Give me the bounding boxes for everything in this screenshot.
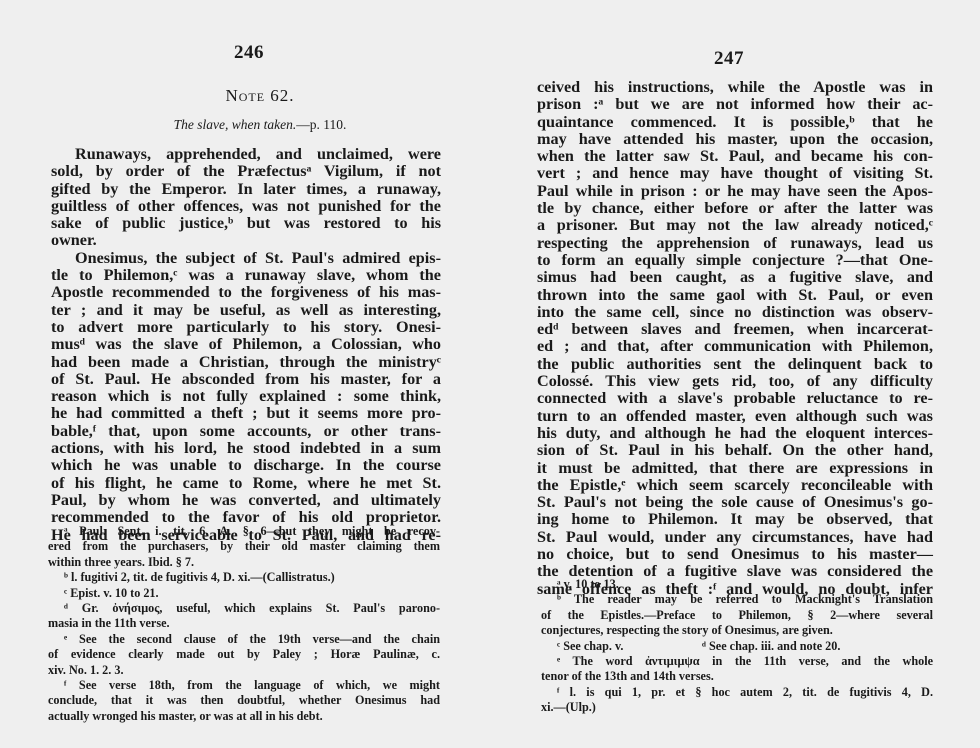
page-number: 246: [234, 42, 264, 64]
text-line: he had committed a theft ; but it seems …: [51, 405, 441, 422]
text-line: quaintance commenced. It is possible,ᵇ t…: [537, 114, 933, 131]
text-line: actions, with his lord, he stood indebte…: [51, 440, 441, 457]
text-line: tle to Philemon,ᶜ was a runaway slave, w…: [51, 267, 441, 284]
footnote-line: ᵃ v. 10 to 13.: [541, 577, 933, 592]
text-line: musᵈ was the slave of Philemon, a Coloss…: [51, 336, 441, 353]
text-line: Paul while in prison : or he may have se…: [537, 183, 933, 200]
footnote-d: ᵈ See chap. iii. and note 20.: [702, 639, 840, 654]
footnote-line: conclude, that it was then doubtful, whe…: [48, 693, 440, 708]
text-line: to advert more particularly to his story…: [51, 319, 441, 336]
text-line: guiltless of other offences, was not pun…: [51, 198, 441, 215]
text-line: respecting the apprehension of runaways,…: [537, 235, 933, 252]
body-text: Runaways, apprehended, and unclaimed, we…: [51, 146, 441, 544]
note-title: Note 62.: [0, 86, 490, 106]
footnote-line: tenor of the 13th and 14th verses.: [541, 669, 933, 684]
text-line: St. Paul would, under any circumstances,…: [537, 529, 933, 546]
footnote-line: within three years. Ibid. § 7.: [48, 555, 440, 570]
text-line: Paul, by whom he was converted, and ulti…: [51, 492, 441, 509]
footnote-line: ᵇ The reader may be referred to Macknigh…: [541, 592, 933, 607]
text-line: Colossé. This view gets rid, too, of any…: [537, 373, 933, 390]
footnotes: ᵃ v. 10 to 13. ᵇ The reader may be refer…: [541, 577, 933, 716]
text-line: bable,ᶠ that, upon some accounts, or oth…: [51, 423, 441, 440]
note-ref-page: —p. 110.: [296, 117, 346, 132]
footnotes: ᵃ Paul. Sent. i. tit. 6, A. § 6—but they…: [48, 524, 440, 724]
footnote-line: xiv. No. 1. 2. 3.: [48, 663, 440, 678]
text-line: reason which is not fully explained : so…: [51, 388, 441, 405]
footnote-line: ᵉ The word ἀντιμιμψα in the 11th verse, …: [541, 654, 933, 669]
footnote-line-pair: ᶜ See chap. v. ᵈ See chap. iii. and note…: [541, 639, 933, 654]
footnote-line: of evidence clearly made out by Paley ; …: [48, 647, 440, 662]
footnote-line: ᶠ l. is qui 1, pr. et § hoc autem 2, tit…: [541, 685, 933, 700]
footnote-line: actually wronged his master, or was at a…: [48, 709, 440, 724]
text-line: simus had been caught, as a fugitive sla…: [537, 269, 933, 286]
text-line: prison :ᵃ but we are not informed how th…: [537, 96, 933, 113]
footnote-line: ered from the purchasers, by their old m…: [48, 539, 440, 554]
text-line: a prisoner. But may not the law already …: [537, 217, 933, 234]
right-page: 247 ceived his instructions, while the A…: [490, 0, 980, 748]
text-line: ceived his instructions, while the Apost…: [537, 79, 933, 96]
footnote-line: xi.—(Ulp.): [541, 700, 933, 715]
text-line: ed ; and that, after communication with …: [537, 338, 933, 355]
text-line: turn to an offended master, even althoug…: [537, 408, 933, 425]
body-text: ceived his instructions, while the Apost…: [537, 79, 933, 598]
text-line: no choice, but to send Onesimus to his m…: [537, 546, 933, 563]
footnote-line: of the Epistles.—Preface to Philemon, § …: [541, 608, 933, 623]
text-line: ing home to Philemon. It may be observed…: [537, 511, 933, 528]
text-line: gifted by the Emperor. In later times, a…: [51, 181, 441, 198]
text-line: Onesimus, the subject of St. Paul's admi…: [51, 250, 441, 267]
footnote-line: ᵃ Paul. Sent. i. tit. 6, A. § 6—but they…: [48, 524, 440, 539]
text-line: Apostle recommended to the forgiveness o…: [51, 284, 441, 301]
footnote-line: ᵉ See the second clause of the 19th vers…: [48, 632, 440, 647]
text-line: his duty, and although he had the eloque…: [537, 425, 933, 442]
text-line: when the latter saw St. Paul, and became…: [537, 148, 933, 165]
text-line: sake of public justice,ᵇ but was restore…: [51, 215, 441, 232]
text-line: into the same cell, since no distinction…: [537, 304, 933, 321]
text-line: ter ; and it may be useful, as well as i…: [51, 302, 441, 319]
footnote-line: conjectures, respecting the story of One…: [541, 623, 933, 638]
text-line: Runaways, apprehended, and unclaimed, we…: [51, 146, 441, 163]
footnote-c: ᶜ See chap. v.: [557, 639, 702, 654]
text-line: connected with a slave's probable reluct…: [537, 390, 933, 407]
note-ref-text: The slave, when taken.: [174, 117, 297, 132]
footnote-line: ᶜ Epist. v. 10 to 21.: [48, 586, 440, 601]
text-line: edᵈ between slaves and freemen, when inc…: [537, 321, 933, 338]
text-line: it must be admitted, that there are expr…: [537, 460, 933, 477]
text-line: thrown into the same gaol with St. Paul,…: [537, 287, 933, 304]
left-page: 246 Note 62. The slave, when taken.—p. 1…: [0, 0, 490, 748]
footnote-line: ᵇ l. fugitivi 2, tit. de fugitivis 4, D.…: [48, 570, 440, 585]
text-line: St. Paul's not being the sole cause of O…: [537, 494, 933, 511]
note-reference: The slave, when taken.—p. 110.: [0, 117, 490, 133]
text-line: the Epistle,ᵉ which seem scarcely reconc…: [537, 477, 933, 494]
text-line: may have attended his master, upon the o…: [537, 131, 933, 148]
footnote-line: ᵈ Gr. ὀνήσιμος, useful, which explains S…: [48, 601, 440, 616]
text-line: tle by chance, either before or after th…: [537, 200, 933, 217]
text-line: to form an equally simple conjecture ?—t…: [537, 252, 933, 269]
text-line: of his flight, he came to Rome, where he…: [51, 475, 441, 492]
text-line: which he was unable to discharge. In the…: [51, 457, 441, 474]
footnote-line: ᶠ See verse 18th, from the language of w…: [48, 678, 440, 693]
text-line: owner.: [51, 232, 441, 249]
text-line: sold, by order of the Præfectusᵃ Vigilum…: [51, 163, 441, 180]
text-line: of St. Paul. He absconded from his maste…: [51, 371, 441, 388]
footnote-line: masia in the 11th verse.: [48, 616, 440, 631]
text-line: sion of St. Paul in his behalf. On the o…: [537, 442, 933, 459]
text-line: had been made a Christian, through the m…: [51, 354, 441, 371]
text-line: vert ; and hence may have thought of vis…: [537, 165, 933, 182]
text-line: the public authorities sent the delinque…: [537, 356, 933, 373]
page-number: 247: [714, 48, 744, 70]
